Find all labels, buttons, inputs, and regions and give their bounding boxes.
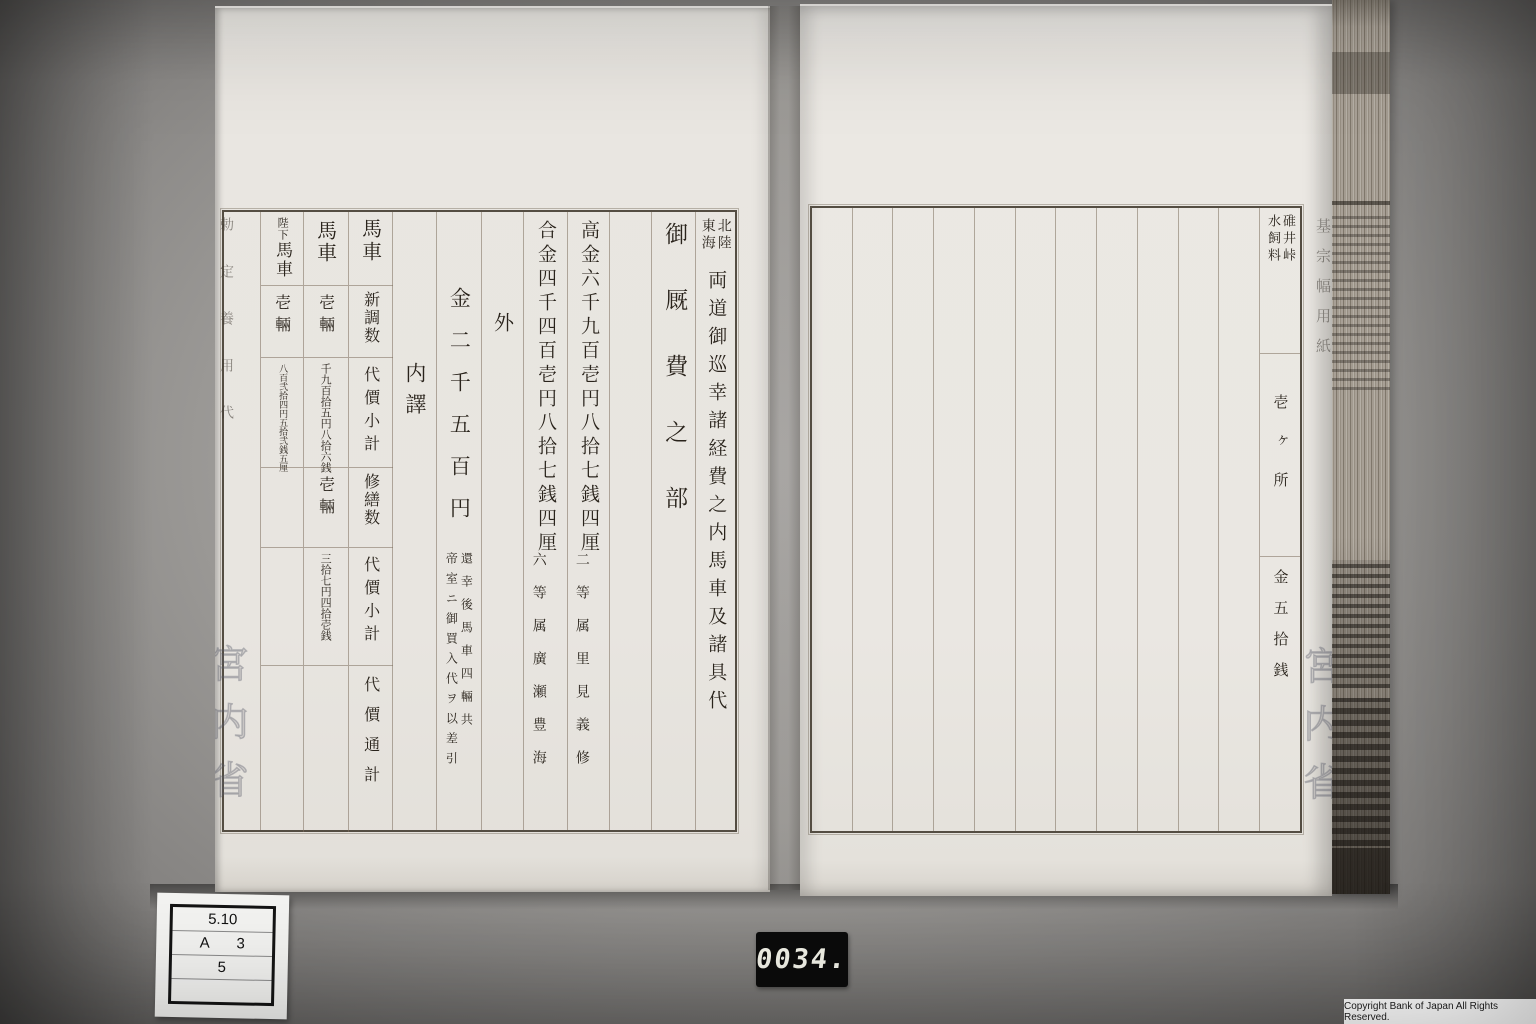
usui-place-name: 碓井峠 — [1281, 214, 1294, 265]
shelf-label-box: 5.10 A 3 5 — [168, 904, 276, 1006]
column-document-title: 北陸 東海 両道御巡幸諸経費之内馬車及諸具代 — [695, 212, 735, 830]
copyright-notice: Copyright Bank of Japan All Rights Reser… — [1344, 999, 1536, 1024]
section-title: 御厩費之部 — [662, 222, 685, 552]
left-page-ruled-grid: 北陸 東海 両道御巡幸諸経費之内馬車及諸具代 御厩費之部 高金六千九百壱円八拾七… — [222, 210, 737, 832]
kunaisho-stamp-right: 宮内省 — [1300, 646, 1332, 820]
title-route-pair: 北陸 東海 — [701, 218, 731, 252]
usui-place-cell: 碓井峠 水飼料 — [1260, 208, 1300, 354]
right-page: 碓井峠 水飼料 壱ヶ所 金五拾銭 基宗 — [800, 4, 1332, 896]
book-fore-edge — [1332, 0, 1390, 894]
fore-edge-rule-line — [1332, 201, 1390, 205]
right-edge-bleed-text: 基宗幅用紙 — [1315, 218, 1330, 368]
route-hokuriku: 北陸 — [717, 218, 731, 252]
table-cell-imperial-new-price: 八百弐拾四円五拾弐銭五厘 — [261, 357, 303, 467]
table-cell-carriage-new-price: 千九百拾五円八拾六銭 — [303, 357, 348, 467]
table-cell-header-repair-count: 修繕数 — [348, 467, 393, 547]
table-cell-header-basha: 馬車 — [348, 212, 393, 285]
table-cell-carriage-title: 馬車 — [303, 212, 348, 285]
table-cell-imperial-repair-price — [261, 547, 303, 665]
table-cell-header-new-subtotal: 代價小計 — [348, 357, 393, 467]
right-page-ruled-grid: 碓井峠 水飼料 壱ヶ所 金五拾銭 — [810, 206, 1302, 833]
book-gutter — [768, 6, 802, 890]
blank-column — [1015, 208, 1056, 831]
table-cell-header-grand-total: 代價通計 — [348, 665, 393, 832]
usui-place-pair: 碓井峠 水飼料 — [1266, 214, 1294, 265]
left-margin-bleed-text: 勅定養用代 — [219, 217, 233, 452]
label-row-3: 5 — [172, 955, 272, 981]
blank-column — [1137, 208, 1178, 831]
blank-column — [1055, 208, 1096, 831]
fore-edge-mark — [1332, 52, 1390, 94]
fore-edge-stamp-band — [1332, 560, 1390, 688]
usui-quantity: 壱ヶ所 — [1273, 394, 1288, 511]
archival-photo-frame: 北陸 東海 両道御巡幸諸経費之内馬車及諸具代 御厩費之部 高金六千九百壱円八拾七… — [0, 0, 1536, 1024]
gross-total-official: 二等属里見義修 — [575, 552, 589, 783]
label-row-2: A 3 — [172, 931, 272, 957]
column-blank-1 — [609, 212, 651, 830]
blank-column — [974, 208, 1015, 831]
table-cell-header-new-count: 新調数 — [348, 285, 393, 357]
excluded-amount: 金二千五百円 — [448, 287, 469, 539]
table-cell-imperial-repair-count — [261, 467, 303, 547]
fore-edge-stamp-band-2 — [1332, 698, 1390, 846]
excluded-note-left: 帝室ニ御買入代ヲ以差引 — [445, 552, 457, 772]
table-cell-imperial-total — [261, 665, 303, 832]
fore-edge-ink-bleed — [1332, 212, 1390, 390]
frame-counter-digits: 0034. — [754, 944, 849, 975]
label-row-1: 5.10 — [173, 907, 273, 933]
column-excluded-amount: 金二千五百円 還幸後馬車四輛共 帝室ニ御買入代ヲ以差引 — [436, 212, 481, 830]
imperial-title: 馬車 — [272, 241, 292, 279]
label-item-number: 5 — [217, 959, 226, 976]
left-page: 北陸 東海 両道御巡幸諸経費之内馬車及諸具代 御厩費之部 高金六千九百壱円八拾七… — [215, 6, 770, 892]
table-cell-carriage-repair-count: 壱輛 — [303, 467, 348, 547]
excluded-note-right: 還幸後馬車四輛共 — [460, 552, 472, 772]
label-row-4 — [171, 979, 271, 1004]
column-gross-total: 高金六千九百壱円八拾七銭四厘 二等属里見義修 — [567, 212, 610, 830]
label-volume-number: 5.10 — [208, 911, 238, 929]
blank-column — [1178, 208, 1219, 831]
column-usui-entry: 碓井峠 水飼料 壱ヶ所 金五拾銭 — [1259, 208, 1300, 831]
table-cell-imperial-title: 陛下馬車 — [261, 212, 303, 285]
frame-counter-display: 0034. — [756, 932, 848, 987]
excluded-notes: 還幸後馬車四輛共 帝室ニ御買入代ヲ以差引 — [445, 552, 472, 772]
net-total-official: 六等属廣瀬豊海 — [532, 552, 546, 783]
blank-column — [933, 208, 974, 831]
label-series-letter: A — [199, 935, 209, 952]
column-net-total: 合金四千四百壱円八拾七銭四厘 六等属廣瀬豊海 — [523, 212, 567, 830]
table-cell-carriage-repair-price: 三拾七円四拾壱銭 — [303, 547, 348, 665]
table-cell-imperial-new-count: 壱輛 — [261, 285, 303, 357]
blank-column — [812, 208, 852, 831]
usui-quantity-cell: 壱ヶ所 — [1260, 354, 1300, 557]
soto-label: 外 — [492, 312, 512, 332]
blank-column — [1218, 208, 1259, 831]
usui-expense-kind: 水飼料 — [1266, 214, 1279, 265]
route-tokai: 東海 — [701, 218, 715, 252]
fore-edge-dark-bottom — [1332, 848, 1390, 894]
column-breakdown-label: 内譯 — [392, 212, 437, 830]
label-series-number: 3 — [236, 935, 245, 952]
imperial-title-small: 陛下 — [276, 217, 289, 241]
blank-column — [892, 208, 933, 831]
document-title-line: 両道御巡幸諸経費之内馬車及諸具代 — [706, 270, 725, 718]
table-cell-carriage-new-count: 壱輛 — [303, 285, 348, 357]
usui-amount-cell: 金五拾銭 — [1260, 557, 1300, 831]
table-cell-carriage-total — [303, 665, 348, 832]
gross-total-amount: 高金六千九百壱円八拾七銭四厘 — [579, 220, 598, 556]
blank-column — [852, 208, 893, 831]
kunaisho-stamp-left: 宮内省 — [215, 644, 245, 818]
carriage-cost-table: 陛下馬車 馬車 馬車 壱輛 壱輛 新調 — [260, 212, 392, 830]
net-total-amount: 合金四千四百壱円八拾七銭四厘 — [536, 220, 555, 556]
column-section-title: 御厩費之部 — [651, 212, 696, 830]
table-cell-header-repair-subtotal: 代價小計 — [348, 547, 393, 665]
blank-column — [1096, 208, 1137, 831]
column-soto: 外 — [481, 212, 524, 830]
usui-amount: 金五拾銭 — [1273, 569, 1288, 693]
archive-shelf-label: 5.10 A 3 5 — [155, 893, 290, 1020]
breakdown-label: 内譯 — [404, 362, 425, 424]
